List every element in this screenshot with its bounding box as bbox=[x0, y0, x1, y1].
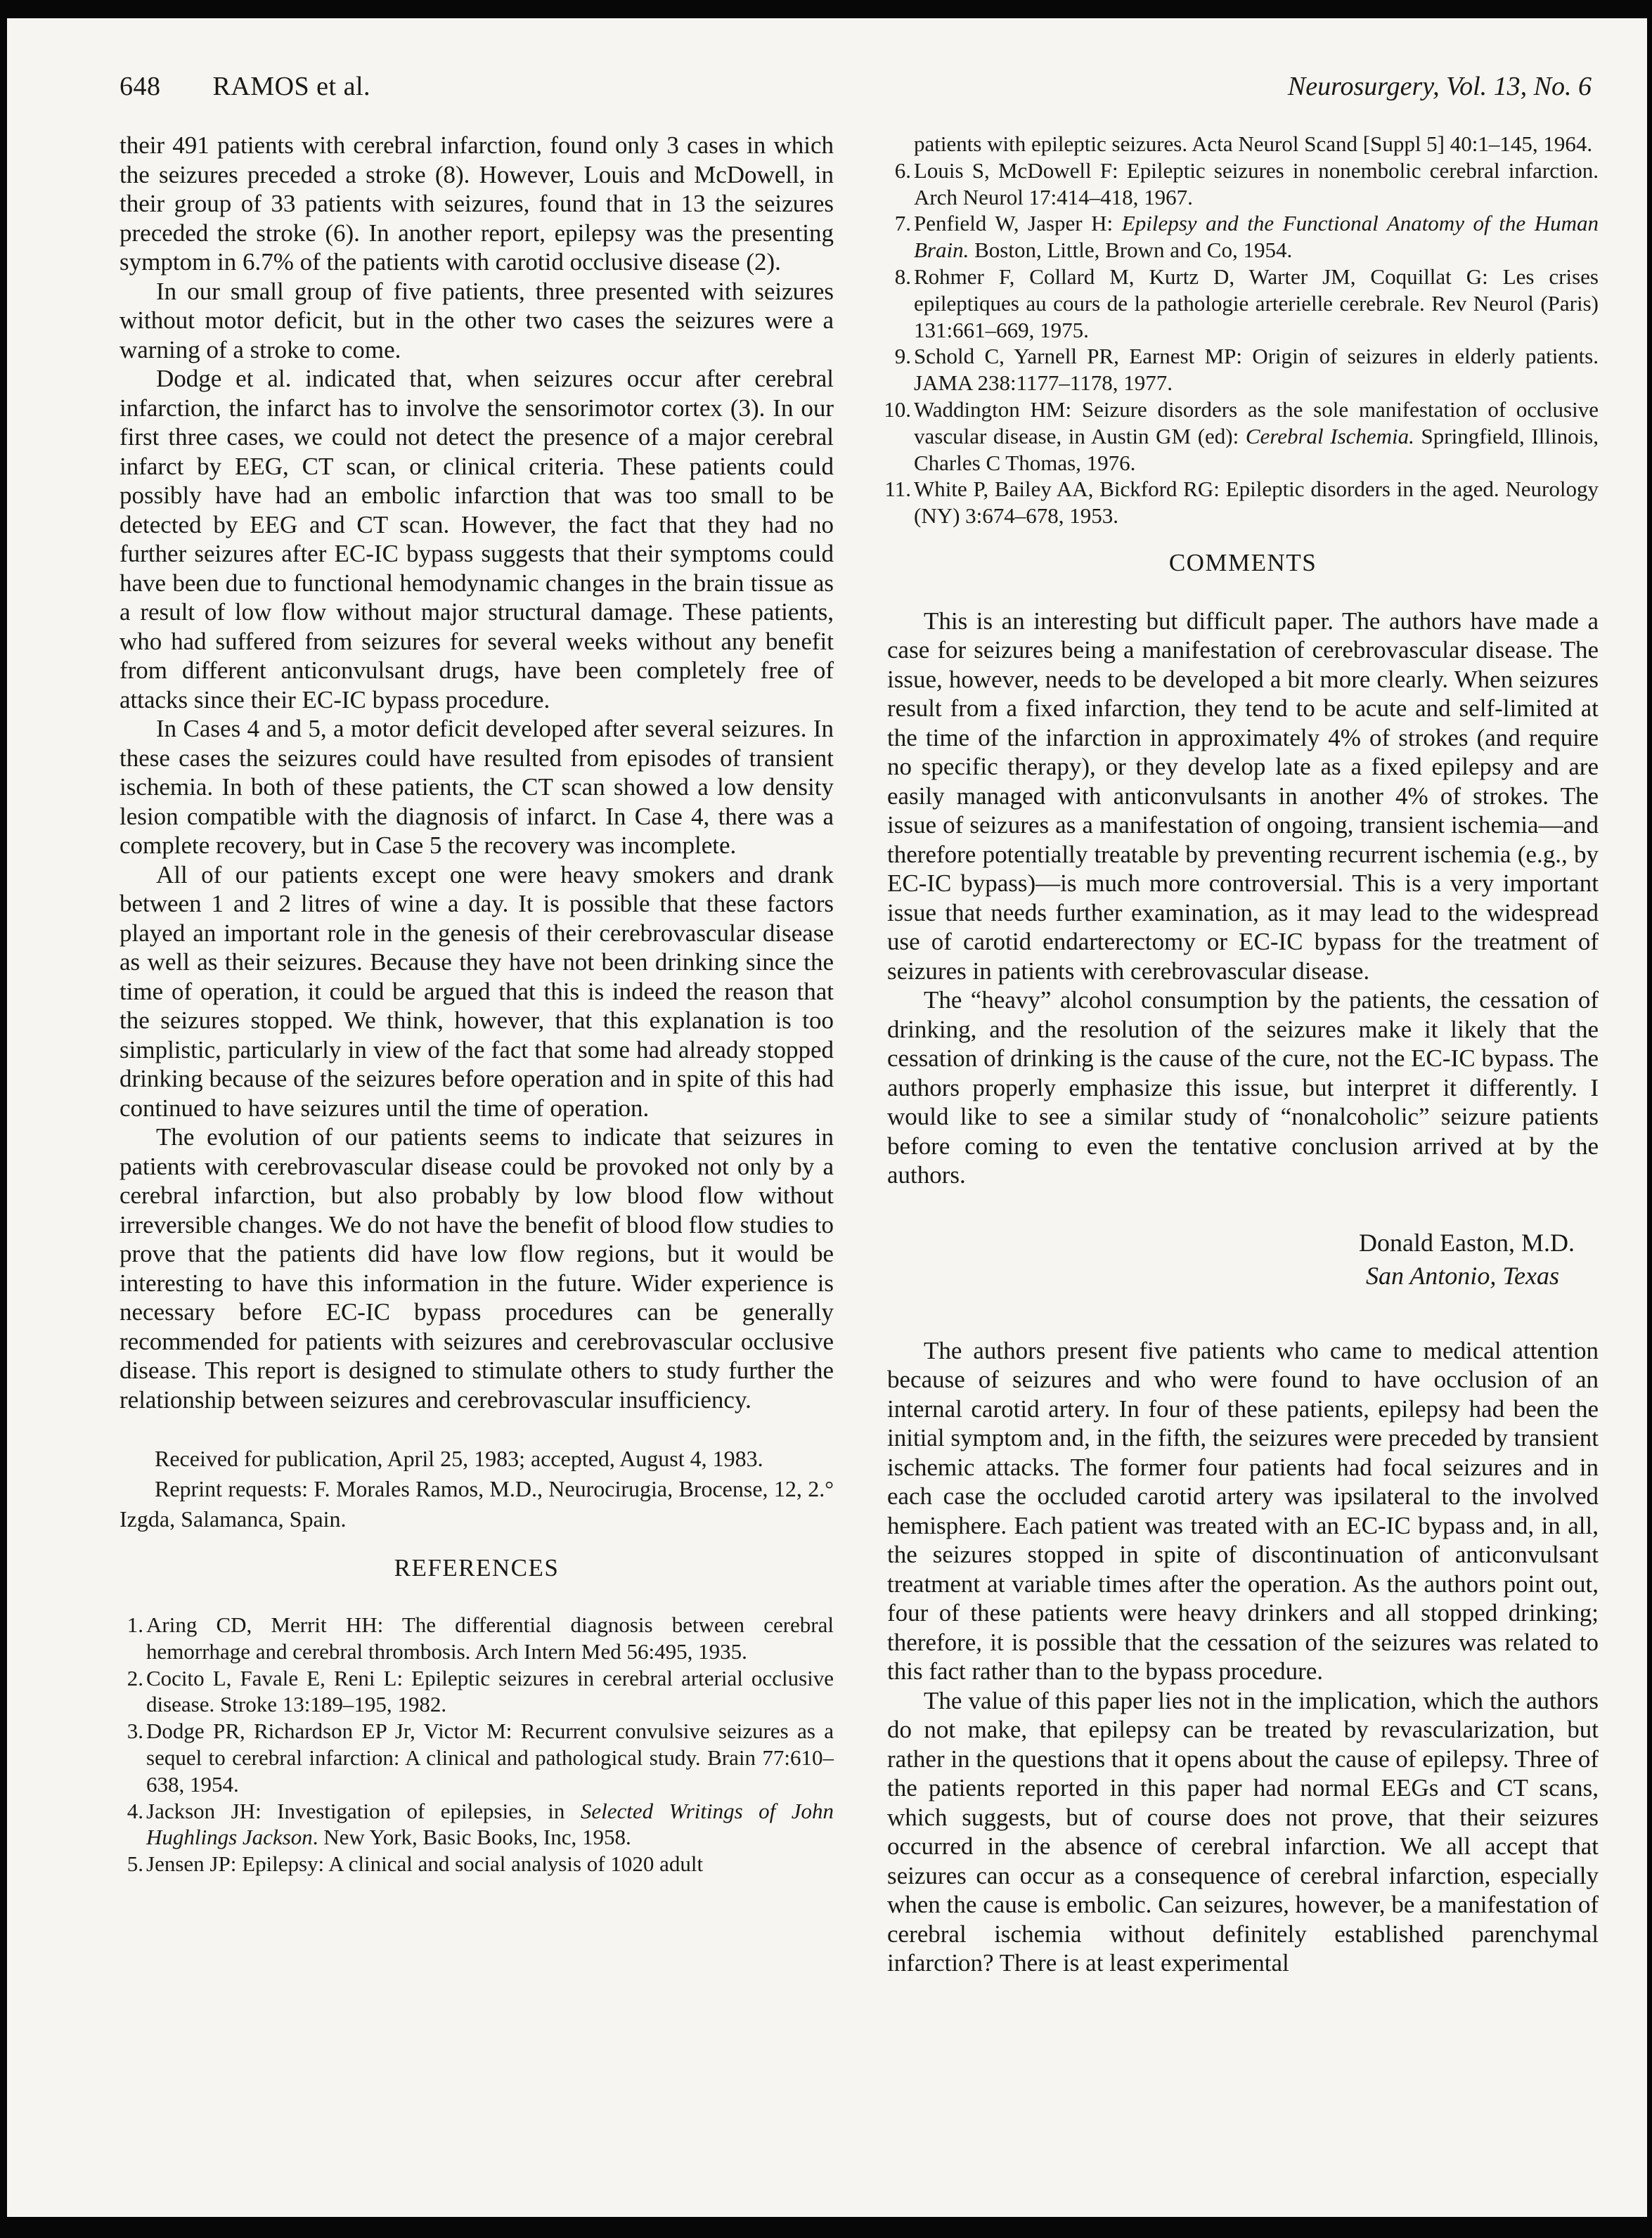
paragraph: The “heavy” alcohol consumption by the p… bbox=[887, 985, 1599, 1190]
left-column: their 491 patients with cerebral infarct… bbox=[120, 131, 834, 1877]
paragraph: This is an interesting but difficult pap… bbox=[887, 607, 1599, 986]
signature-location: San Antonio, Texas bbox=[887, 1260, 1599, 1293]
reference-text: Rohmer F, Collard M, Kurtz D, Warter JM,… bbox=[914, 264, 1599, 342]
reference-book-title: Cerebral Ischemia. bbox=[1246, 424, 1414, 448]
reference-number: 3. bbox=[112, 1718, 143, 1745]
reference-text: Jackson JH: Investigation of epilepsies,… bbox=[146, 1799, 581, 1823]
reference-number: 11. bbox=[880, 476, 911, 503]
references-list: 6.Louis S, McDowell F: Epileptic seizure… bbox=[887, 157, 1599, 529]
signature-block: Donald Easton, M.D. San Antonio, Texas bbox=[887, 1227, 1599, 1293]
reference-continuation: patients with epileptic seizures. Acta N… bbox=[887, 131, 1599, 157]
received-note: Received for publication, April 25, 1983… bbox=[120, 1444, 834, 1474]
reference-item: 5.Jensen JP: Epilepsy: A clinical and so… bbox=[120, 1851, 834, 1877]
signature-name: Donald Easton, M.D. bbox=[887, 1227, 1599, 1260]
page-number: 648 bbox=[120, 72, 161, 101]
reference-item: 1.Aring CD, Merrit HH: The differential … bbox=[120, 1612, 834, 1665]
reference-item: 4.Jackson JH: Investigation of epilepsie… bbox=[120, 1798, 834, 1851]
reference-text: Dodge PR, Richardson EP Jr, Victor M: Re… bbox=[146, 1719, 834, 1797]
right-column: patients with epileptic seizures. Acta N… bbox=[887, 131, 1599, 1978]
reference-number: 2. bbox=[112, 1665, 143, 1692]
paragraph: All of our patients except one were heav… bbox=[120, 860, 834, 1123]
paragraph: their 491 patients with cerebral infarct… bbox=[120, 131, 834, 277]
reference-number: 7. bbox=[880, 210, 911, 237]
paragraph: The authors present five patients who ca… bbox=[887, 1336, 1599, 1686]
reference-number: 4. bbox=[112, 1798, 143, 1825]
scan-border-left bbox=[0, 0, 7, 2238]
running-head-authors: RAMOS et al. bbox=[213, 72, 371, 101]
paragraph: In our small group of five patients, thr… bbox=[120, 277, 834, 365]
scan-border-right bbox=[1647, 0, 1652, 2238]
reference-number: 10. bbox=[880, 396, 911, 423]
reference-number: 8. bbox=[880, 264, 911, 290]
reference-item: 9.Schold C, Yarnell PR, Earnest MP: Orig… bbox=[887, 343, 1599, 396]
reference-text: Penfield W, Jasper H: bbox=[914, 211, 1122, 235]
references-heading: REFERENCES bbox=[120, 1554, 834, 1582]
comments-heading: COMMENTS bbox=[887, 549, 1599, 577]
reference-number: 9. bbox=[880, 343, 911, 370]
reference-text: Jensen JP: Epilepsy: A clinical and soci… bbox=[146, 1851, 703, 1876]
reference-item: 11.White P, Bailey AA, Bickford RG: Epil… bbox=[887, 476, 1599, 529]
reprint-note: Reprint requests: F. Morales Ramos, M.D.… bbox=[120, 1474, 834, 1534]
reference-text: Boston, Little, Brown and Co, 1954. bbox=[969, 238, 1292, 262]
paragraph: The value of this paper lies not in the … bbox=[887, 1686, 1599, 1978]
scan-border-top bbox=[0, 0, 1652, 18]
reference-item: 3.Dodge PR, Richardson EP Jr, Victor M: … bbox=[120, 1718, 834, 1797]
reference-text: White P, Bailey AA, Bickford RG: Epilept… bbox=[914, 477, 1599, 528]
reference-number: 1. bbox=[112, 1612, 143, 1638]
reference-text: Aring CD, Merrit HH: The differential di… bbox=[146, 1612, 834, 1664]
running-head-left: 648RAMOS et al. bbox=[120, 71, 370, 102]
reference-item: 2.Cocito L, Favale E, Reni L: Epileptic … bbox=[120, 1665, 834, 1719]
reference-item: 8.Rohmer F, Collard M, Kurtz D, Warter J… bbox=[887, 264, 1599, 343]
references-list: 1.Aring CD, Merrit HH: The differential … bbox=[120, 1612, 834, 1877]
reference-item: 10.Waddington HM: Seizure disorders as t… bbox=[887, 396, 1599, 476]
scan-border-bottom bbox=[0, 2217, 1652, 2238]
reference-text: Louis S, McDowell F: Epileptic seizures … bbox=[914, 158, 1599, 209]
paragraph: The evolution of our patients seems to i… bbox=[120, 1123, 834, 1414]
reference-text: Schold C, Yarnell PR, Earnest MP: Origin… bbox=[914, 344, 1599, 395]
running-head-journal: Neurosurgery, Vol. 13, No. 6 bbox=[1288, 71, 1592, 102]
journal-page-scan: { "header": { "page_number": "648", "run… bbox=[0, 0, 1652, 2238]
paragraph: Dodge et al. indicated that, when seizur… bbox=[120, 364, 834, 714]
reference-text: Cocito L, Favale E, Reni L: Epileptic se… bbox=[146, 1666, 834, 1717]
paragraph: In Cases 4 and 5, a motor deficit develo… bbox=[120, 714, 834, 860]
reference-number: 5. bbox=[112, 1851, 143, 1877]
reference-item: 7.Penfield W, Jasper H: Epilepsy and the… bbox=[887, 210, 1599, 264]
reference-text: . New York, Basic Books, Inc, 1958. bbox=[313, 1825, 631, 1849]
reference-item: 6.Louis S, McDowell F: Epileptic seizure… bbox=[887, 157, 1599, 211]
reference-number: 6. bbox=[880, 157, 911, 184]
